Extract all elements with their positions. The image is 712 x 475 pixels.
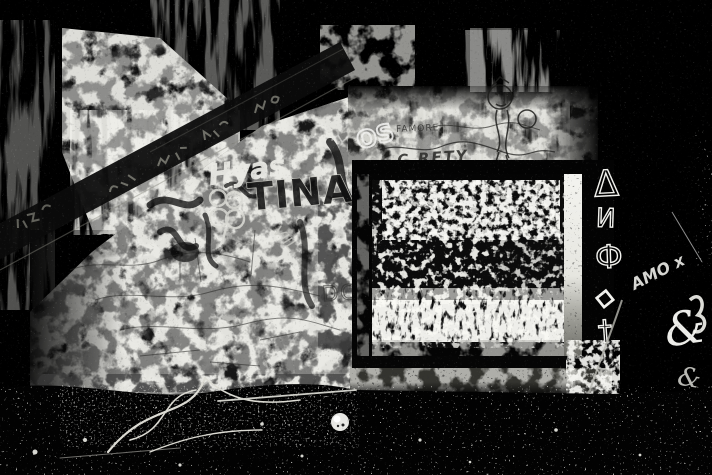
photo-canvas: OS FAMORE C,RETY Hyas	[0, 0, 712, 475]
grain-black	[0, 0, 712, 475]
film-grain	[0, 0, 712, 475]
photograph: OS FAMORE C,RETY Hyas	[0, 0, 712, 475]
